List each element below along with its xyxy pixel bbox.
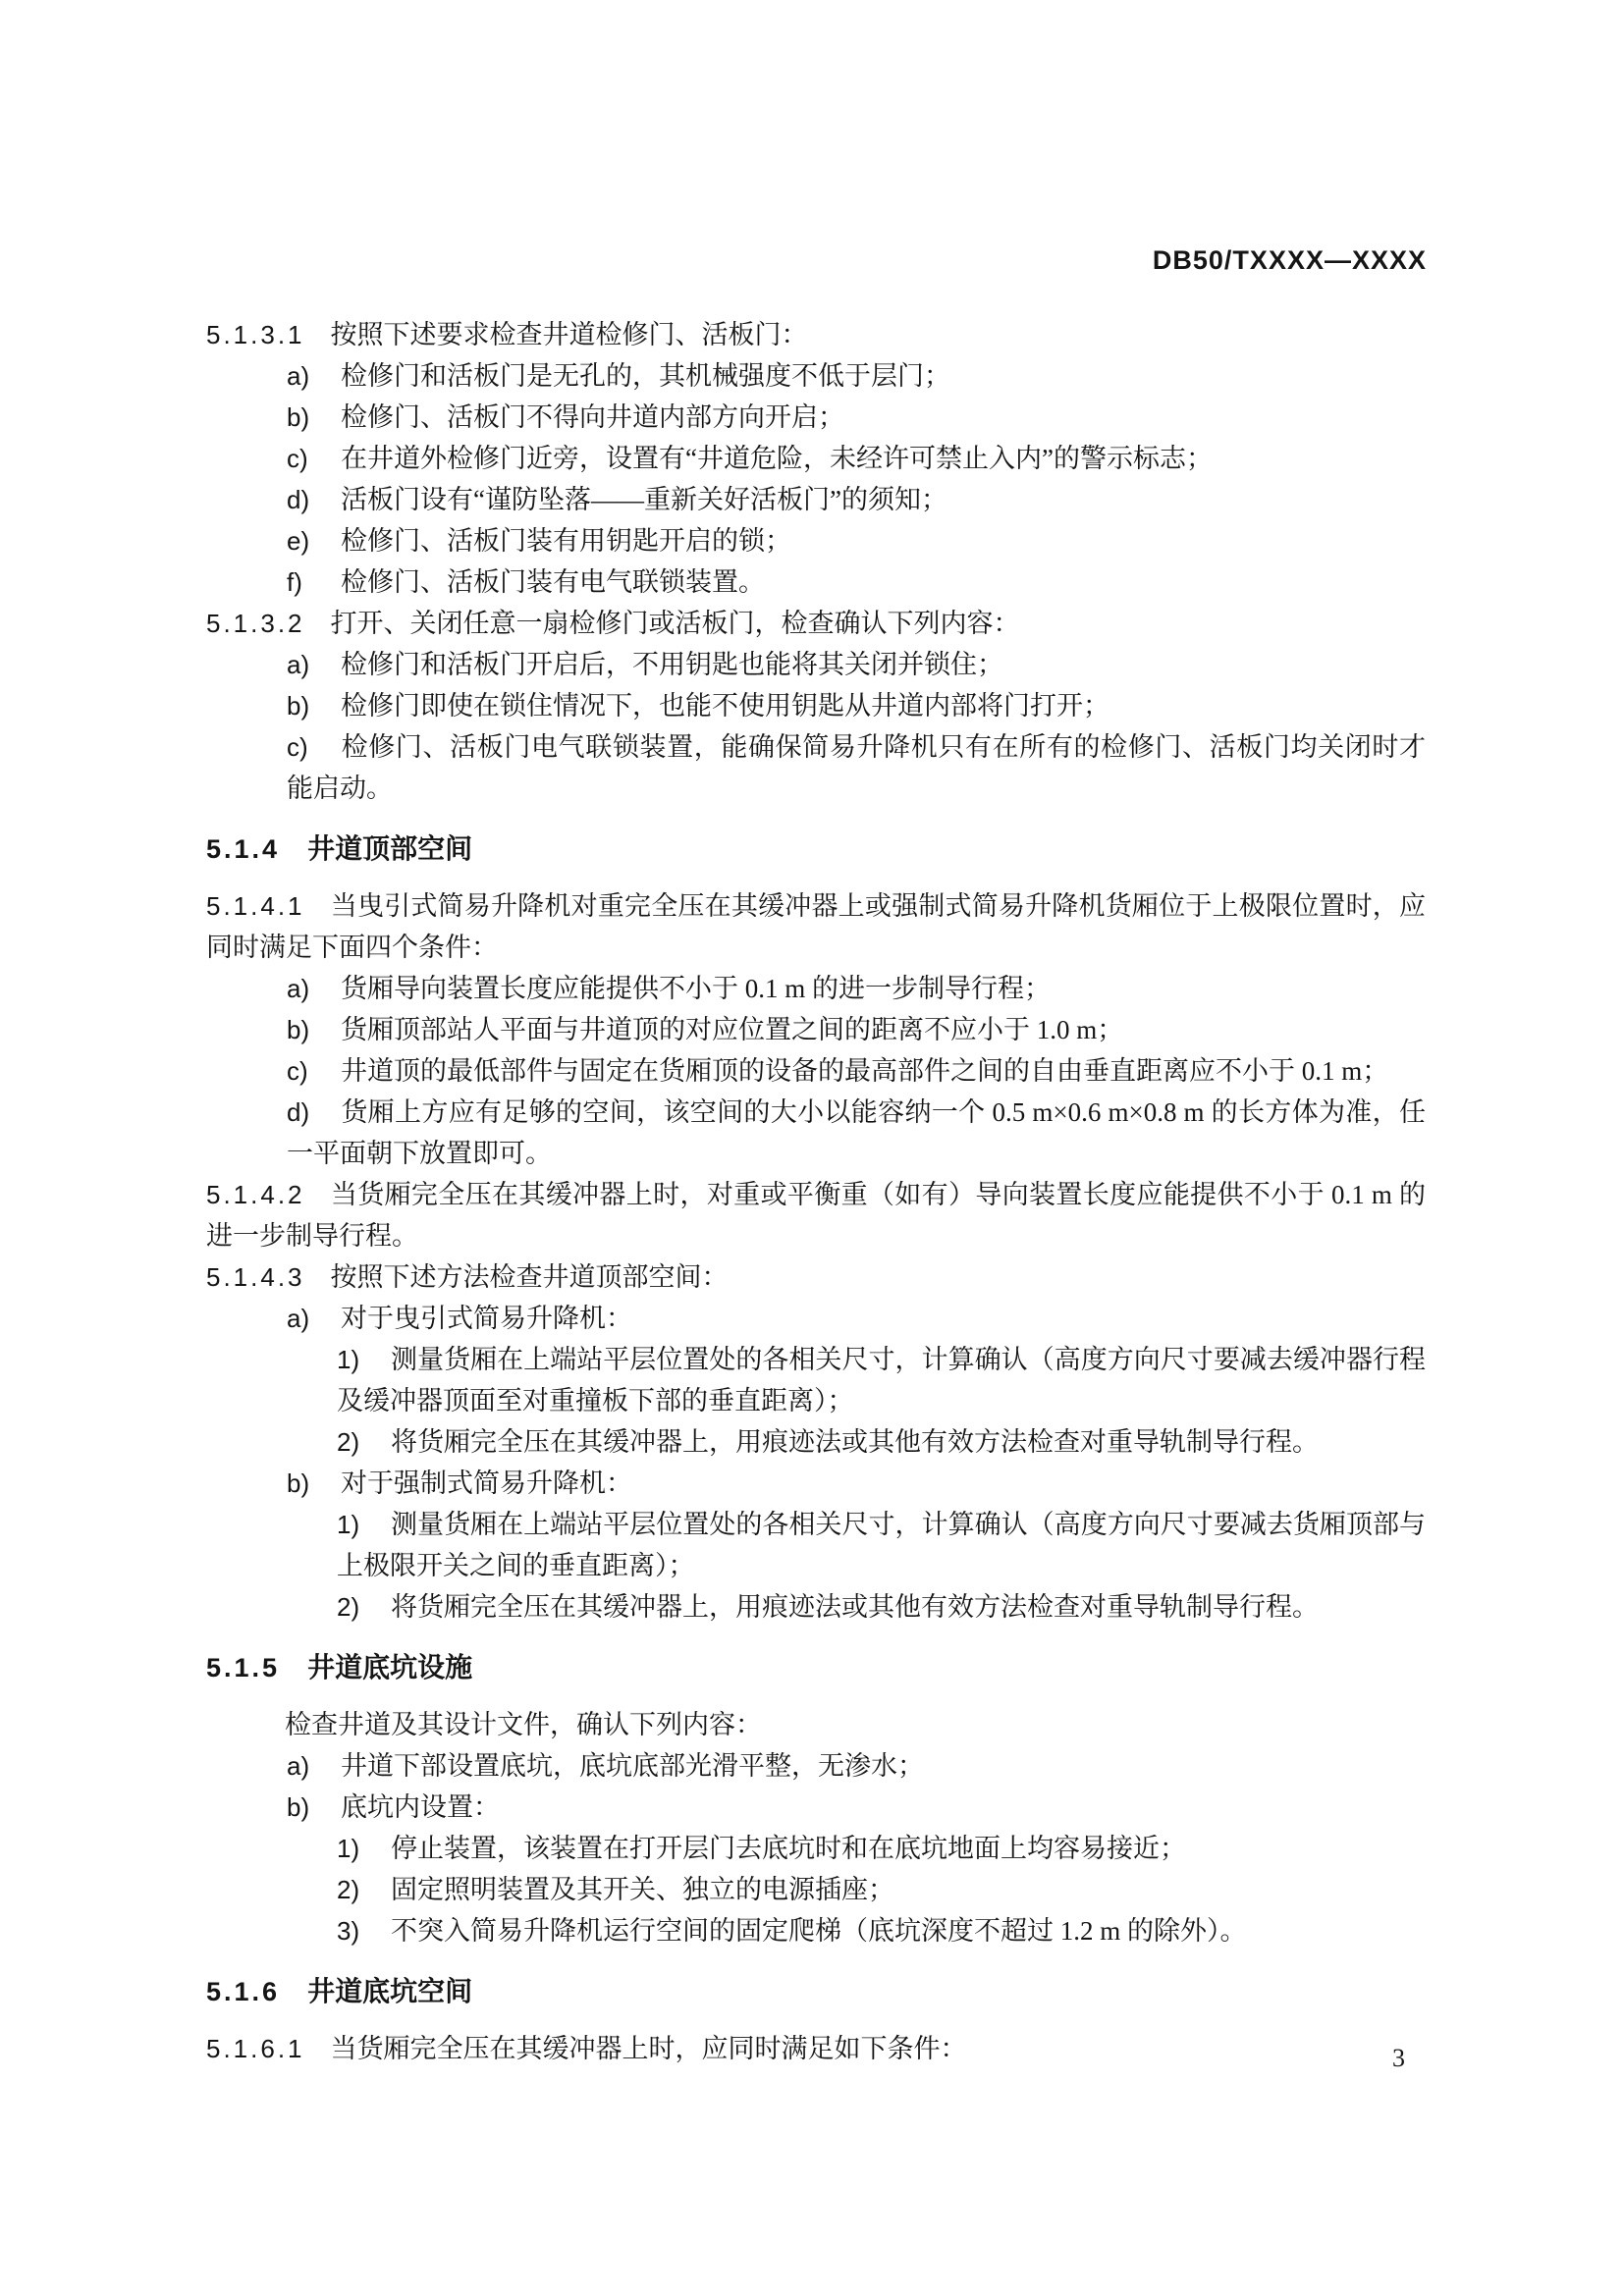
sub-list-item-label: 3) <box>337 1910 391 1951</box>
list-item-text: 检修门和活板门是无孔的，其机械强度不低于层门； <box>341 361 950 391</box>
list-item-text: 检修门、活板门装有用钥匙开启的锁； <box>341 526 791 556</box>
document-page: DB50/TXXXX—XXXX 5.1.3.1按照下述要求检查井道检修门、活板门… <box>0 0 1623 2296</box>
sub-list-item-text: 测量货厢在上端站平层位置处的各相关尺寸，计算确认（高度方向尺寸要减去缓冲器行程及… <box>337 1345 1426 1415</box>
clause-number: 5.1.3.2 <box>206 609 305 638</box>
list-item-label: d) <box>287 479 341 520</box>
section-heading-title: 井道底坑空间 <box>307 1976 472 2006</box>
clause-number: 5.1.3.1 <box>206 320 305 349</box>
list-item-label: c) <box>287 438 341 479</box>
list-item-text: 检修门、活板门不得向井道内部方向开启； <box>341 402 844 432</box>
sub-list-item-label: 2) <box>337 1869 391 1910</box>
list-item-label: f) <box>287 561 341 603</box>
sub-list-item: 2)固定照明装置及其开关、独立的电源插座； <box>206 1869 1426 1910</box>
sub-list-item-label: 2) <box>337 1421 391 1463</box>
sub-list-item-text: 固定照明装置及其开关、独立的电源插座； <box>391 1875 894 1904</box>
section-heading-number: 5.1.4 <box>206 834 280 864</box>
list-item: a)检修门和活板门是无孔的，其机械强度不低于层门； <box>206 355 1426 397</box>
clause-text: 打开、关闭任意一扇检修门或活板门，检查确认下列内容： <box>331 609 1020 638</box>
clause-number: 5.1.4.3 <box>206 1262 305 1292</box>
clause-5-1-4-1: 5.1.4.1当曳引式简易升降机对重完全压在其缓冲器上或强制式简易升降机货厢位于… <box>206 885 1426 968</box>
list-item-text: 对于强制式简易升降机： <box>341 1468 632 1498</box>
sub-list-item: 3)不突入简易升降机运行空间的固定爬梯（底坑深度不超过 1.2 m 的除外）。 <box>206 1910 1426 1951</box>
clause-5-1-4-3: 5.1.4.3按照下述方法检查井道顶部空间： <box>206 1256 1426 1298</box>
clause-number: 5.1.4.2 <box>206 1180 305 1209</box>
list-item: a)对于曳引式简易升降机： <box>206 1298 1426 1339</box>
section-heading-title: 井道顶部空间 <box>307 833 472 864</box>
clause-number: 5.1.6.1 <box>206 2034 305 2063</box>
list-item-label: a) <box>287 355 341 397</box>
sub-list-item: 2)将货厢完全压在其缓冲器上，用痕迹法或其他有效方法检查对重导轨制导行程。 <box>206 1421 1426 1463</box>
sub-list-item: 1)测量货厢在上端站平层位置处的各相关尺寸，计算确认（高度方向尺寸要减去货厢顶部… <box>206 1504 1426 1586</box>
list-item: b)检修门、活板门不得向井道内部方向开启； <box>206 397 1426 438</box>
list-item: c)在井道外检修门近旁，设置有“井道危险，未经许可禁止入内”的警示标志； <box>206 438 1426 479</box>
list-item-text: 检修门、活板门电气联锁装置，能确保简易升降机只有在所有的检修门、活板门均关闭时才… <box>287 732 1426 803</box>
list-item-text: 活板门设有“谨防坠落——重新关好活板门”的须知； <box>341 485 947 514</box>
list-item-label: a) <box>287 968 341 1009</box>
sub-list-item-text: 将货厢完全压在其缓冲器上，用痕迹法或其他有效方法检查对重导轨制导行程。 <box>391 1427 1319 1457</box>
page-number: 3 <box>1392 2044 1405 2073</box>
sub-list-item-text: 不突入简易升降机运行空间的固定爬梯（底坑深度不超过 1.2 m 的除外）。 <box>391 1916 1247 1946</box>
list-item-text: 货厢顶部站人平面与井道顶的对应位置之间的距离不应小于 1.0 m； <box>341 1015 1123 1044</box>
list-item: e)检修门、活板门装有用钥匙开启的锁； <box>206 520 1426 561</box>
list-item-label: d) <box>287 1092 341 1133</box>
clause-text: 当曳引式简易升降机对重完全压在其缓冲器上或强制式简易升降机货厢位于上极限位置时，… <box>206 891 1426 962</box>
sub-list-item-text: 将货厢完全压在其缓冲器上，用痕迹法或其他有效方法检查对重导轨制导行程。 <box>391 1592 1319 1622</box>
list-item: c)检修门、活板门电气联锁装置，能确保简易升降机只有在所有的检修门、活板门均关闭… <box>206 726 1426 809</box>
lead-paragraph-5-1-5: 检查井道及其设计文件，确认下列内容： <box>206 1704 1426 1745</box>
clause-5-1-4-2: 5.1.4.2当货厢完全压在其缓冲器上时，对重或平衡重（如有）导向装置长度应能提… <box>206 1174 1426 1256</box>
clause-5-1-6-1: 5.1.6.1当货厢完全压在其缓冲器上时，应同时满足如下条件： <box>206 2028 1426 2069</box>
list-item: a)检修门和活板门开启后，不用钥匙也能将其关闭并锁住； <box>206 644 1426 685</box>
sub-list-item-label: 1) <box>337 1339 391 1380</box>
list-item: a)井道下部设置底坑，底坑底部光滑平整，无渗水； <box>206 1745 1426 1787</box>
list-item-label: c) <box>287 1050 341 1092</box>
list-item-text: 检修门即使在锁住情况下，也能不使用钥匙从井道内部将门打开； <box>341 691 1109 721</box>
list-item-label: e) <box>287 520 341 561</box>
clause-text: 按照下述要求检查井道检修门、活板门： <box>331 320 808 349</box>
sub-list-item-text: 停止装置，该装置在打开层门去底坑时和在底坑地面上均容易接近； <box>391 1834 1186 1863</box>
clause-text: 当货厢完全压在其缓冲器上时，对重或平衡重（如有）导向装置长度应能提供不小于 0.… <box>206 1180 1426 1251</box>
list-item-text: 在井道外检修门近旁，设置有“井道危险，未经许可禁止入内”的警示标志； <box>341 444 1213 473</box>
section-heading-number: 5.1.5 <box>206 1653 280 1682</box>
list-item: d)活板门设有“谨防坠落——重新关好活板门”的须知； <box>206 479 1426 520</box>
section-heading-5-1-4: 5.1.4井道顶部空间 <box>206 828 1426 870</box>
list-item-text: 检修门和活板门开启后，不用钥匙也能将其关闭并锁住； <box>341 650 1003 679</box>
list-item: a)货厢导向装置长度应能提供不小于 0.1 m 的进一步制导行程； <box>206 968 1426 1009</box>
list-item: d)货厢上方应有足够的空间，该空间的大小以能容纳一个 0.5 m×0.6 m×0… <box>206 1092 1426 1174</box>
list-item-text: 检修门、活板门装有电气联锁装置。 <box>341 567 765 597</box>
list-item-text: 井道下部设置底坑，底坑底部光滑平整，无渗水； <box>341 1751 924 1781</box>
sub-list-item: 1)停止装置，该装置在打开层门去底坑时和在底坑地面上均容易接近； <box>206 1828 1426 1869</box>
list-item-label: b) <box>287 397 341 438</box>
list-item-text: 货厢导向装置长度应能提供不小于 0.1 m 的进一步制导行程； <box>341 974 1051 1003</box>
list-item-label: c) <box>287 726 341 768</box>
sub-list-item: 2)将货厢完全压在其缓冲器上，用痕迹法或其他有效方法检查对重导轨制导行程。 <box>206 1586 1426 1628</box>
list-item-text: 货厢上方应有足够的空间，该空间的大小以能容纳一个 0.5 m×0.6 m×0.8… <box>287 1097 1426 1168</box>
clause-number: 5.1.4.1 <box>206 891 305 921</box>
list-item-label: b) <box>287 1787 341 1828</box>
sub-list-item-label: 1) <box>337 1504 391 1545</box>
list-item: b)货厢顶部站人平面与井道顶的对应位置之间的距离不应小于 1.0 m； <box>206 1009 1426 1050</box>
section-heading-title: 井道底坑设施 <box>307 1652 472 1682</box>
list-item: b)对于强制式简易升降机： <box>206 1463 1426 1504</box>
sub-list-item-label: 2) <box>337 1586 391 1628</box>
clause-text: 按照下述方法检查井道顶部空间： <box>331 1262 729 1292</box>
list-item-label: b) <box>287 1009 341 1050</box>
list-item: f)检修门、活板门装有电气联锁装置。 <box>206 561 1426 603</box>
section-heading-5-1-6: 5.1.6井道底坑空间 <box>206 1971 1426 2012</box>
list-item: b)底坑内设置： <box>206 1787 1426 1828</box>
list-item-text: 对于曳引式简易升降机： <box>341 1304 632 1333</box>
section-heading-number: 5.1.6 <box>206 1977 280 2006</box>
list-item-label: b) <box>287 685 341 726</box>
list-item-label: a) <box>287 644 341 685</box>
list-item: b)检修门即使在锁住情况下，也能不使用钥匙从井道内部将门打开； <box>206 685 1426 726</box>
list-item-label: b) <box>287 1463 341 1504</box>
sub-list-item-label: 1) <box>337 1828 391 1869</box>
sub-list-item: 1)测量货厢在上端站平层位置处的各相关尺寸，计算确认（高度方向尺寸要减去缓冲器行… <box>206 1339 1426 1421</box>
list-item-text: 底坑内设置： <box>341 1792 500 1822</box>
clause-5-1-3-2: 5.1.3.2打开、关闭任意一扇检修门或活板门，检查确认下列内容： <box>206 603 1426 644</box>
section-heading-5-1-5: 5.1.5井道底坑设施 <box>206 1647 1426 1688</box>
document-body: 5.1.3.1按照下述要求检查井道检修门、活板门： a)检修门和活板门是无孔的，… <box>206 314 1426 2069</box>
list-item-label: a) <box>287 1298 341 1339</box>
clause-5-1-3-1: 5.1.3.1按照下述要求检查井道检修门、活板门： <box>206 314 1426 355</box>
list-item: c)井道顶的最低部件与固定在货厢顶的设备的最高部件之间的自由垂直距离应不小于 0… <box>206 1050 1426 1092</box>
document-code-header: DB50/TXXXX—XXXX <box>1153 245 1427 276</box>
list-item-text: 井道顶的最低部件与固定在货厢顶的设备的最高部件之间的自由垂直距离应不小于 0.1… <box>341 1056 1388 1086</box>
clause-text: 当货厢完全压在其缓冲器上时，应同时满足如下条件： <box>331 2034 967 2063</box>
sub-list-item-text: 测量货厢在上端站平层位置处的各相关尺寸，计算确认（高度方向尺寸要减去货厢顶部与上… <box>337 1510 1426 1580</box>
list-item-label: a) <box>287 1745 341 1787</box>
